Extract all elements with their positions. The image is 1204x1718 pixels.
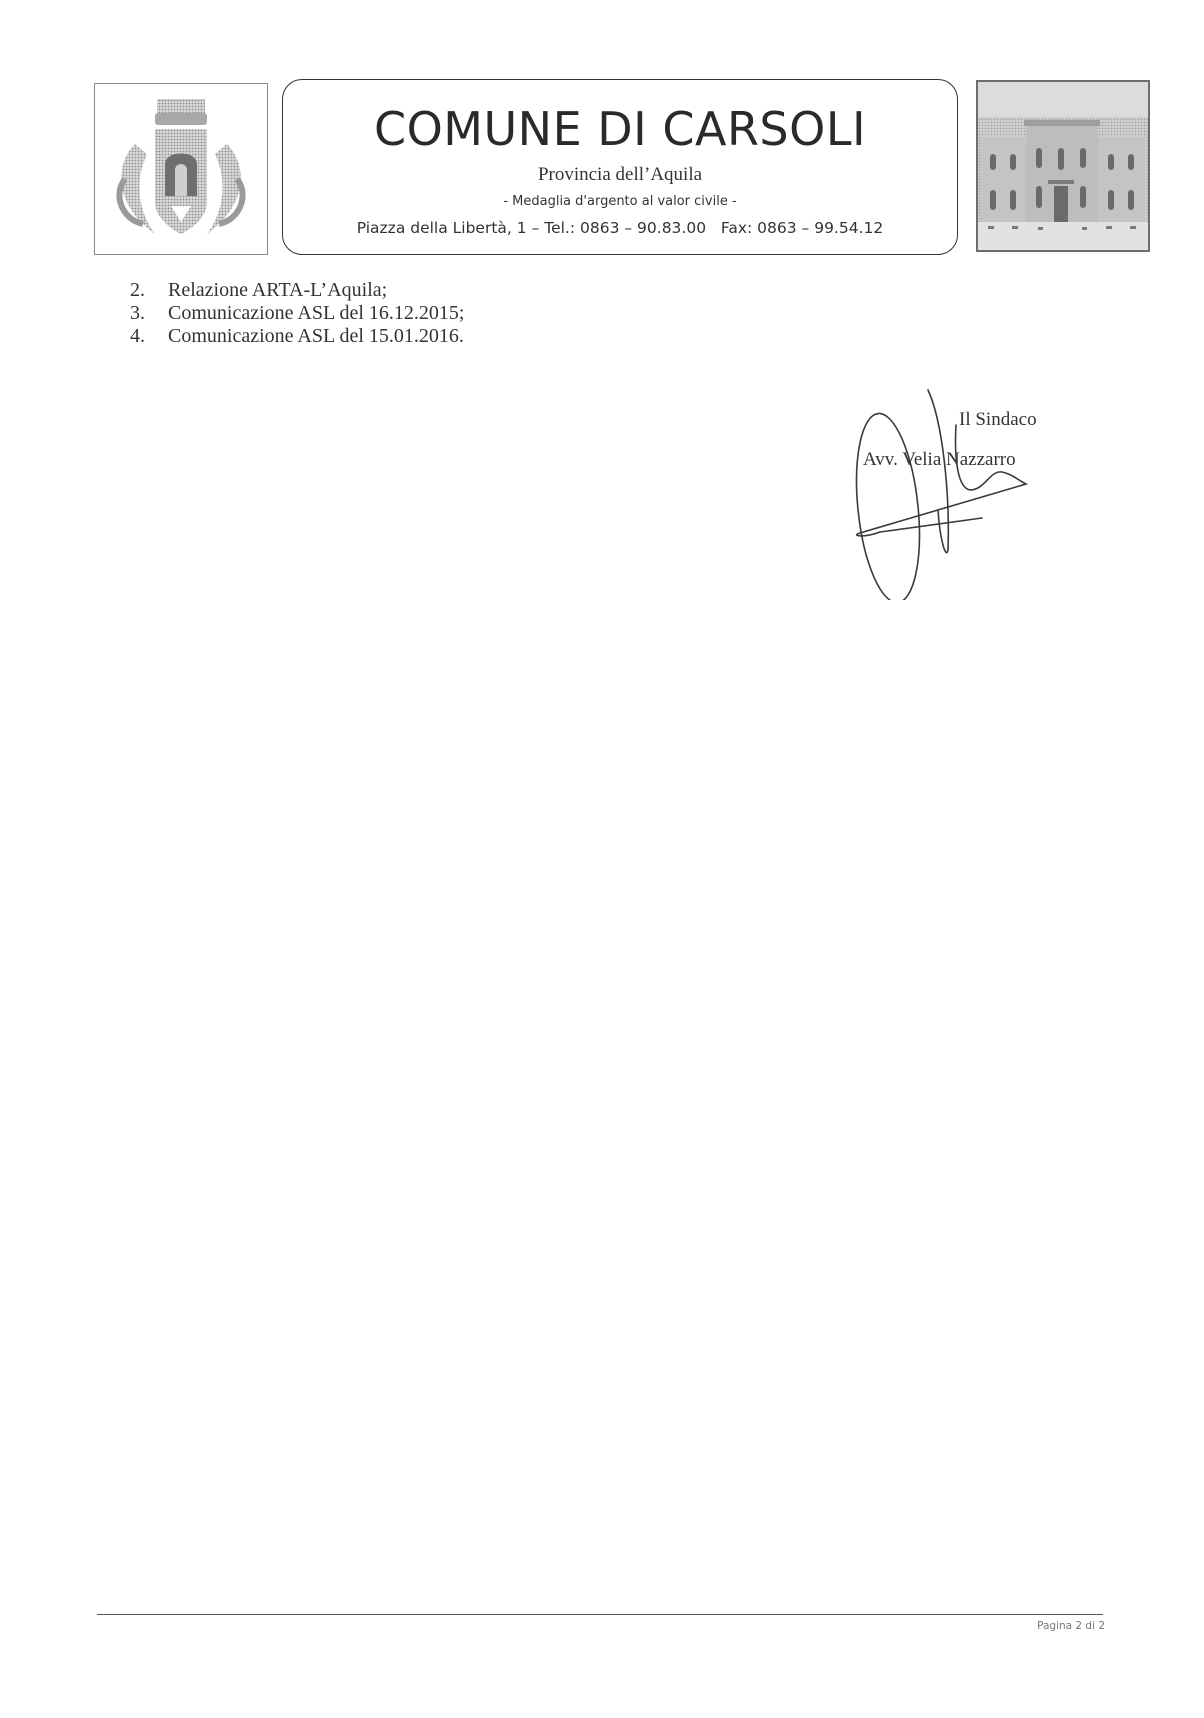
letterhead: COMUNE DI CARSOLI Provincia dell’Aquila …	[282, 79, 958, 255]
signature-block: Il Sindaco Avv. Velia Nazzarro	[820, 380, 1080, 600]
list-item: 4. Comunicazione ASL del 15.01.2016.	[130, 325, 464, 348]
list-item-text: Comunicazione ASL del 15.01.2016.	[168, 325, 464, 348]
attachments-list: 2. Relazione ARTA-L’Aquila; 3. Comunicaz…	[130, 279, 464, 348]
municipal-coat-of-arms	[94, 83, 268, 255]
coat-of-arms-icon	[95, 84, 267, 254]
handwritten-signature-icon	[820, 380, 1080, 600]
contact-address: Piazza della Libertà, 1 – Tel.: 0863 – 9…	[283, 219, 957, 237]
medal-subtitle: - Medaglia d'argento al valor civile -	[283, 194, 957, 209]
list-item-text: Comunicazione ASL del 16.12.2015;	[168, 302, 464, 325]
municipality-title: COMUNE DI CARSOLI	[283, 102, 957, 156]
list-item: 3. Comunicazione ASL del 16.12.2015;	[130, 302, 464, 325]
page-number: Pagina 2 di 2	[1037, 1620, 1105, 1632]
list-item-number: 2.	[130, 279, 168, 302]
list-item-text: Relazione ARTA-L’Aquila;	[168, 279, 387, 302]
town-hall-photo	[976, 80, 1150, 252]
town-hall-building-icon	[978, 82, 1148, 250]
list-item: 2. Relazione ARTA-L’Aquila;	[130, 279, 464, 302]
list-item-number: 3.	[130, 302, 168, 325]
province-name: Provincia dell’Aquila	[283, 164, 957, 186]
list-item-number: 4.	[130, 325, 168, 348]
footer-divider	[97, 1614, 1103, 1615]
